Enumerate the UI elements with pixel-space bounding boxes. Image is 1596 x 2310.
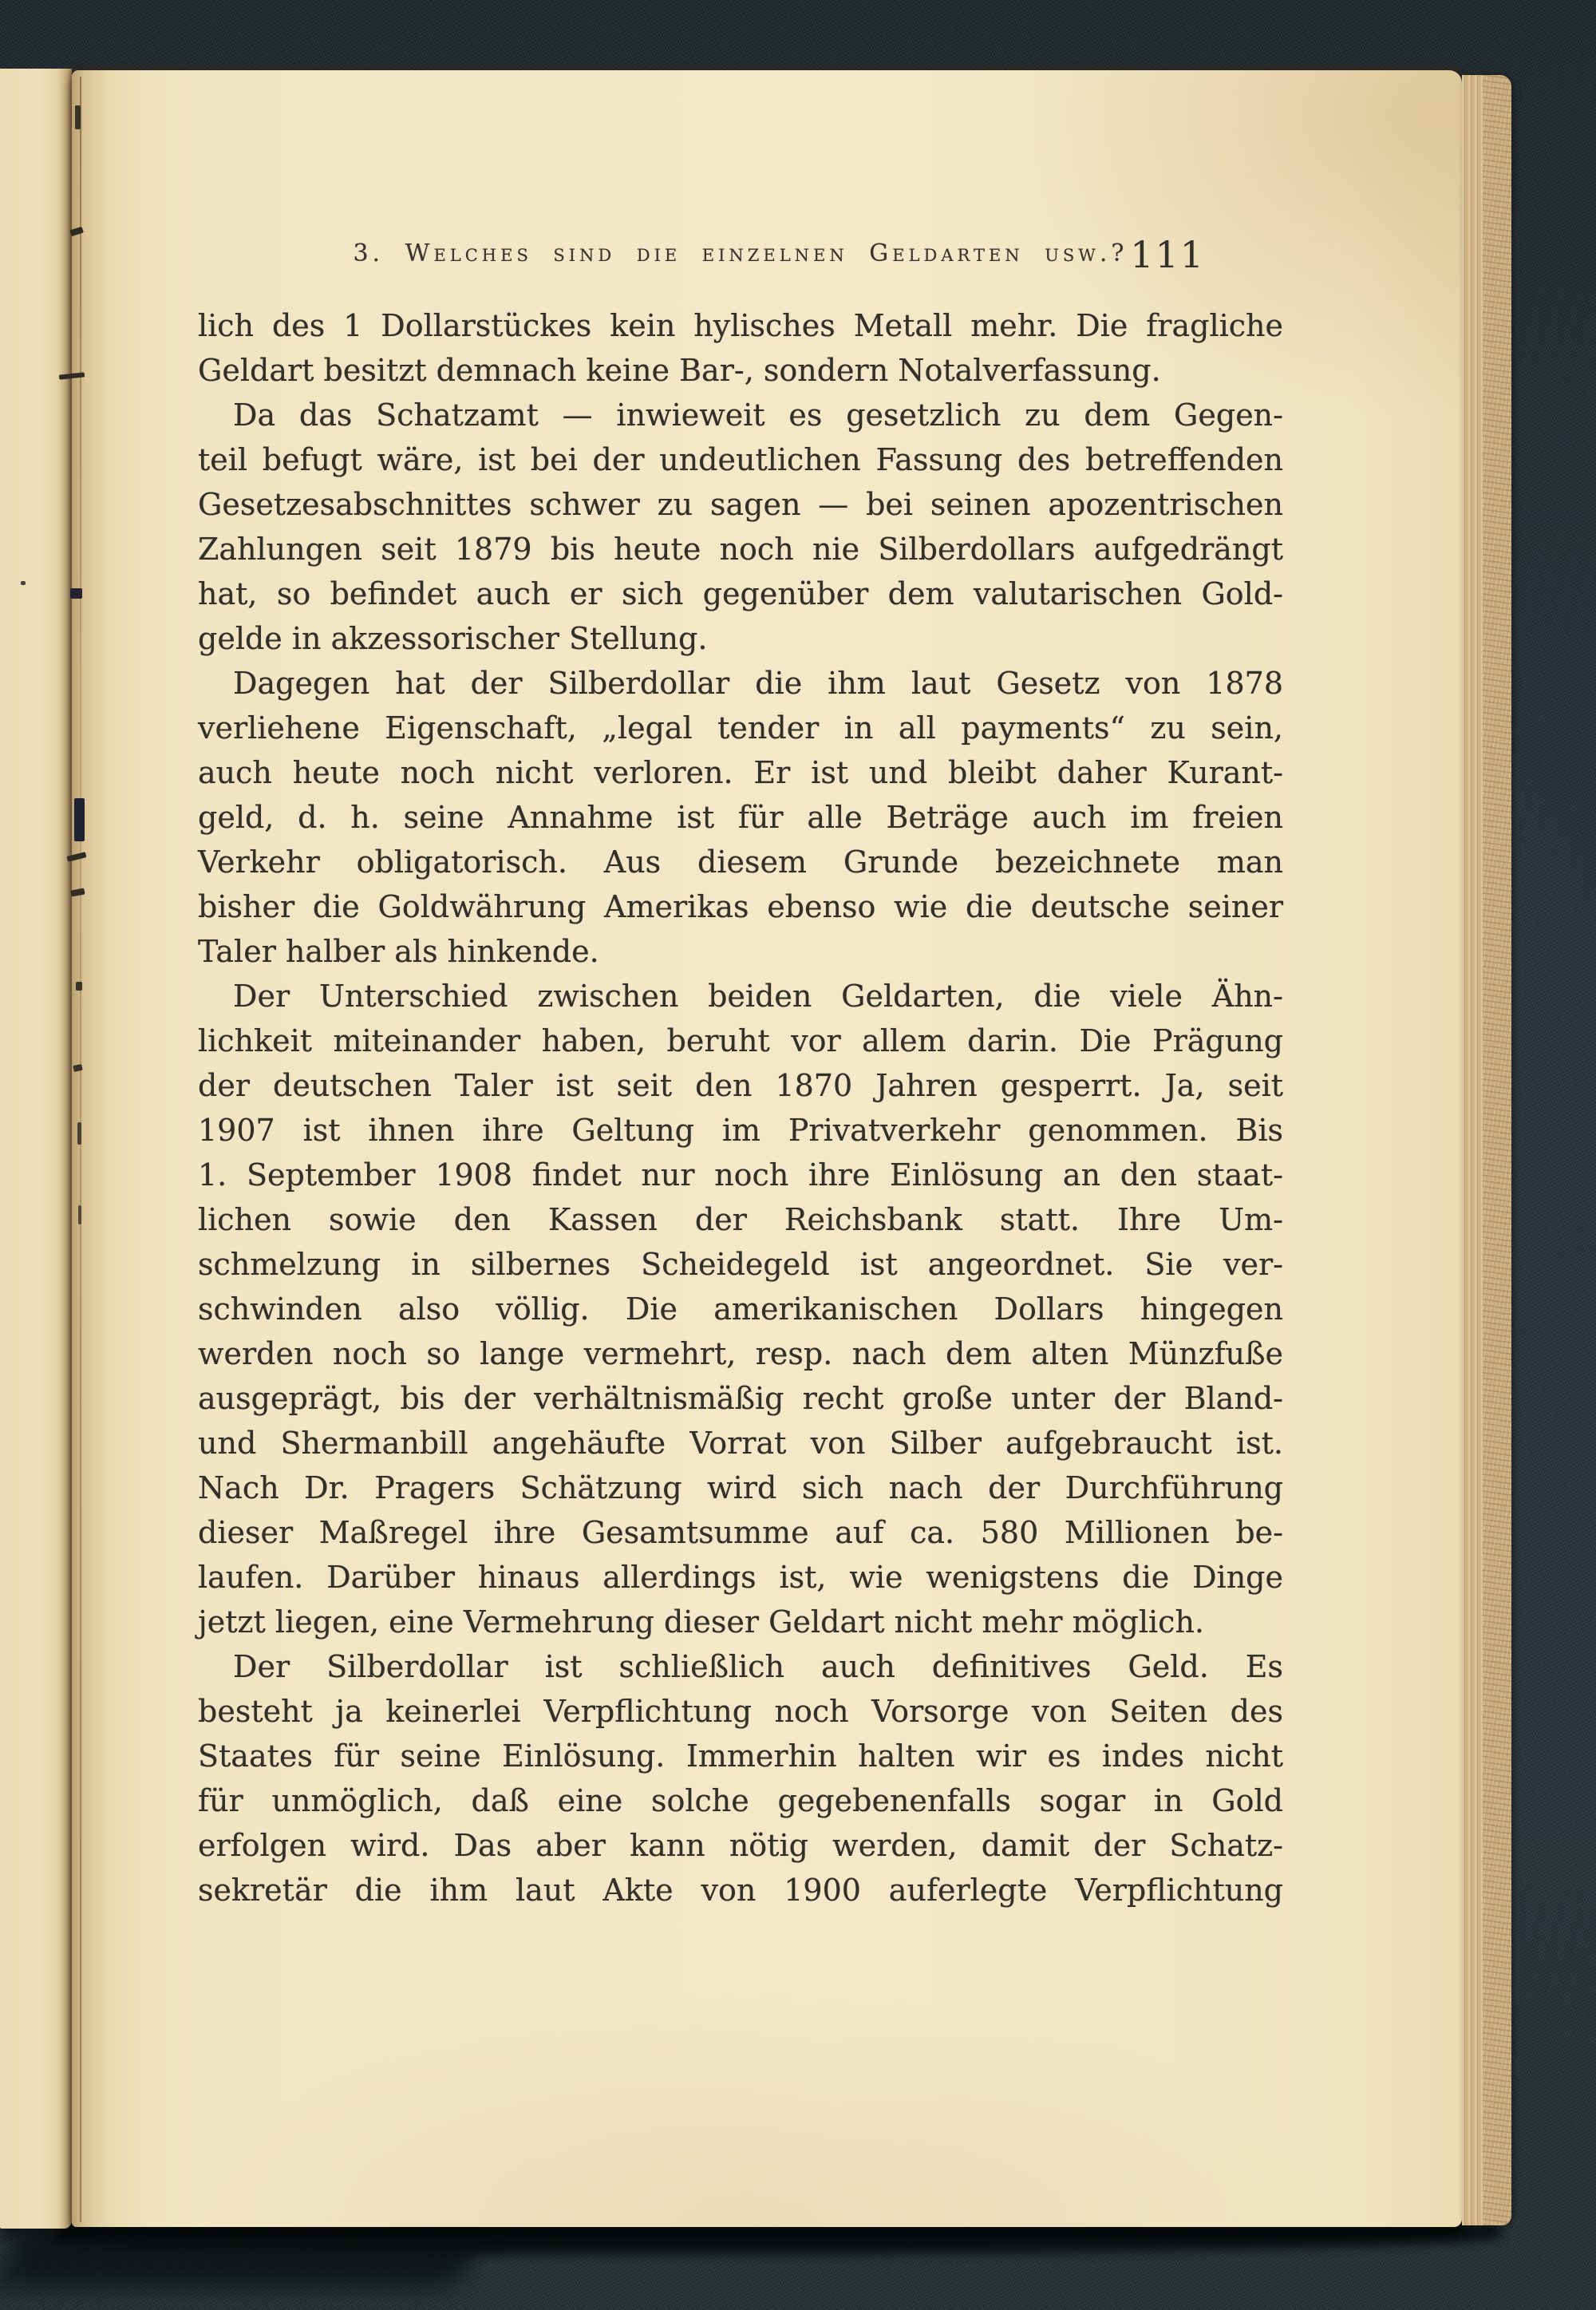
text-line: Geldart besitzt demnach keine Bar-, sond… — [198, 348, 1283, 393]
text-line: schwinden also völlig. Die amerikanische… — [198, 1287, 1283, 1331]
book-scan: 3. Welches sind die einzelnen Geldarten … — [0, 0, 1596, 2310]
stitch-mark — [76, 982, 82, 991]
stitch-mark — [70, 588, 82, 599]
text-line: Taler halber als hinkende. — [198, 929, 1283, 974]
text-line: der deutschen Taler ist seit den 1870 Ja… — [198, 1063, 1283, 1108]
text-line: Nach Dr. Pragers Schätzung wird sich nac… — [198, 1466, 1283, 1510]
text-line: verliehene Eigenschaft, „legal tender in… — [198, 706, 1283, 750]
text-line: geld, d. h. seine Annahme ist für alle B… — [198, 795, 1283, 840]
text-line: Da das Schatzamt — inwieweit es gesetzli… — [198, 393, 1283, 437]
gutter-crease — [80, 77, 81, 2222]
book-page: 3. Welches sind die einzelnen Geldarten … — [72, 70, 1462, 2227]
stitch-mark — [75, 105, 81, 129]
text-line: besteht ja keinerlei Verpflichtung noch … — [198, 1689, 1283, 1734]
text-column: 3. Welches sind die einzelnen Geldarten … — [198, 70, 1283, 2227]
stitch-mark — [21, 581, 26, 585]
text-line: jetzt liegen, eine Vermehrung dieser Gel… — [198, 1600, 1283, 1644]
stitch-mark — [78, 1205, 81, 1224]
text-line: Der Silberdollar ist schließlich auch de… — [198, 1644, 1283, 1689]
text-line: erfolgen wird. Das aber kann nötig werde… — [198, 1823, 1283, 1868]
text-line: schmelzung in silbernes Scheidegeld ist … — [198, 1242, 1283, 1287]
text-line: Gesetzesabschnittes schwer zu sagen — be… — [198, 482, 1283, 527]
page-shadow-wedge — [0, 2233, 485, 2286]
page-edge-lines — [1462, 75, 1483, 2225]
stitch-mark — [74, 798, 85, 841]
text-line: Staates für seine Einlösung. Immerhin ha… — [198, 1734, 1283, 1778]
text-line: lichen sowie den Kassen der Reichsbank s… — [198, 1197, 1283, 1242]
text-line: hat, so befindet auch er sich gegenüber … — [198, 572, 1283, 616]
page-number: 111 — [1130, 233, 1205, 276]
page-text: lich des 1 Dollarstückes kein hylisches … — [198, 303, 1283, 1912]
page-edge-rough — [1483, 75, 1511, 2225]
stitch-mark — [77, 1122, 81, 1145]
text-line: teil befugt wäre, ist bei der undeutlich… — [198, 437, 1283, 482]
text-line: lichkeit miteinander haben, beruht vor a… — [198, 1019, 1283, 1063]
text-line: für unmöglich, daß eine solche gegebenen… — [198, 1778, 1283, 1823]
text-line: Verkehr obligatorisch. Aus diesem Grunde… — [198, 840, 1283, 884]
text-line: bisher die Goldwährung Amerikas ebenso w… — [198, 884, 1283, 929]
page-edge-stack — [1462, 75, 1511, 2225]
previous-page-edge — [0, 69, 72, 2229]
text-line: Zahlungen seit 1879 bis heute noch nie S… — [198, 527, 1283, 572]
text-line: dieser Maßregel ihre Gesamtsumme auf ca.… — [198, 1510, 1283, 1555]
text-line: 1. September 1908 findet nur noch ihre E… — [198, 1153, 1283, 1197]
text-line: sekretär die ihm laut Akte von 1900 aufe… — [198, 1868, 1283, 1912]
text-line: lich des 1 Dollarstückes kein hylisches … — [198, 303, 1283, 348]
text-line: laufen. Darüber hinaus allerdings ist, w… — [198, 1555, 1283, 1600]
text-line: gelde in akzessorischer Stellung. — [198, 616, 1283, 661]
text-line: Der Unterschied zwischen beiden Geldarte… — [198, 974, 1283, 1019]
text-line: Dagegen hat der Silberdollar die ihm lau… — [198, 661, 1283, 706]
text-line: ausgeprägt, bis der verhältnismäßig rech… — [198, 1376, 1283, 1421]
text-line: 1907 ist ihnen ihre Geltung im Privatver… — [198, 1108, 1283, 1153]
text-line: auch heute noch nicht verloren. Er ist u… — [198, 750, 1283, 795]
text-line: und Shermanbill angehäufte Vorrat von Si… — [198, 1421, 1283, 1466]
running-header: 3. Welches sind die einzelnen Geldarten … — [198, 239, 1283, 279]
section-header: 3. Welches sind die einzelnen Geldarten … — [198, 239, 1283, 267]
text-line: werden noch so lange vermehrt, resp. nac… — [198, 1331, 1283, 1376]
